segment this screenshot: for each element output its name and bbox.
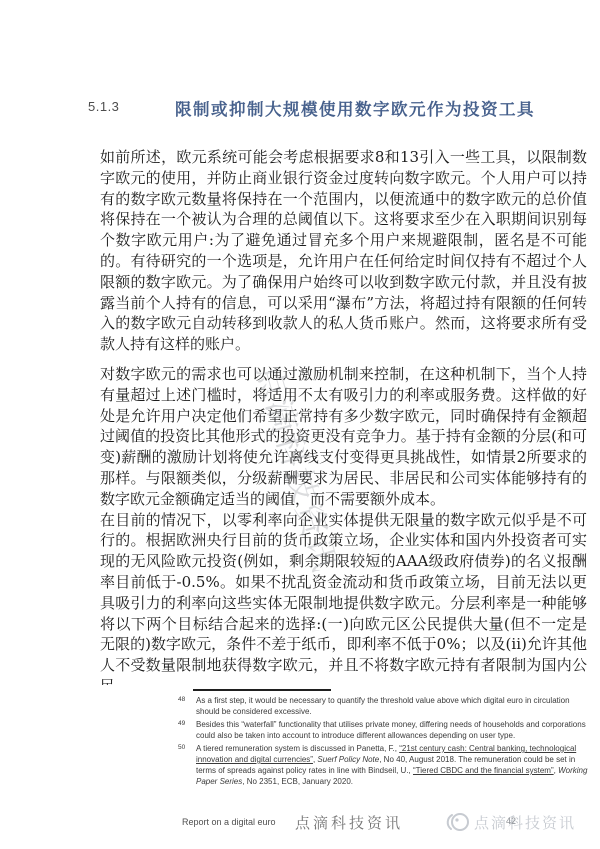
footnote-text: Besides this “waterfall” functionality t… bbox=[196, 719, 592, 741]
document-page: 5.1.3 限制或抑制大规模使用数字欧元作为投资工具 如前所述，欧元系统可能会考… bbox=[0, 0, 600, 849]
footnote-text: As a first step, it would be necessary t… bbox=[196, 695, 592, 717]
footnote-separator bbox=[193, 689, 331, 691]
body-paragraph-1: 如前所述，欧元系统可能会考虑根据要求8和13引入一些工具，以限制数字欧元的使用，… bbox=[100, 147, 587, 355]
footnotes-section: 48 As a first step, it would be necessar… bbox=[0, 695, 600, 789]
footnote-number: 48 bbox=[178, 694, 185, 705]
footnote-text-segment: Suerf Policy Note bbox=[317, 755, 379, 764]
footnote-text-segment: , No 2351, ECB, January 2020. bbox=[242, 777, 353, 786]
footnote-49: 49 Besides this “waterfall” functionalit… bbox=[0, 719, 600, 741]
footnote-text-segment: As a first step, it would be necessary t… bbox=[196, 696, 570, 716]
footnote-text-segment: A tiered remuneration system is discusse… bbox=[196, 744, 399, 753]
footer-right-watermark-label: 点滴科技资讯 bbox=[474, 812, 576, 833]
footer-report-title: Report on a digital euro bbox=[182, 817, 276, 827]
footnote-48: 48 As a first step, it would be necessar… bbox=[0, 695, 600, 717]
footnote-50: 50 A tiered remuneration system is discu… bbox=[0, 743, 600, 787]
section-heading: 5.1.3 限制或抑制大规模使用数字欧元作为投资工具 bbox=[0, 96, 600, 120]
section-number: 5.1.3 bbox=[88, 99, 119, 114]
footnote-text-segment: Besides this “waterfall” functionality t… bbox=[196, 720, 586, 740]
footer-center-watermark: 点滴科技资讯 bbox=[295, 812, 403, 833]
footnote-number: 49 bbox=[178, 718, 185, 729]
footnote-number: 50 bbox=[178, 742, 185, 753]
footnote-text: A tiered remuneration system is discusse… bbox=[196, 743, 592, 787]
section-title: 限制或抑制大规模使用数字欧元作为投资工具 bbox=[175, 96, 535, 120]
page-number: 42 bbox=[506, 816, 516, 826]
droplet-logo-icon bbox=[444, 811, 470, 833]
footnote-link[interactable]: “Tiered CBDC and the financial system” bbox=[413, 766, 554, 775]
body-paragraph-2: 对数字欧元的需求也可以通过激励机制来控制，在这种机制下，当个人持有量超过上述门槛… bbox=[100, 364, 587, 510]
body-text: 如前所述，欧元系统可能会考虑根据要求8和13引入一些工具，以限制数字欧元的使用，… bbox=[100, 147, 587, 685]
body-paragraph-3: 在目前的情况下，以零利率向企业实体提供无限量的数字欧元似乎是不可行的。根据欧洲央… bbox=[100, 510, 587, 685]
